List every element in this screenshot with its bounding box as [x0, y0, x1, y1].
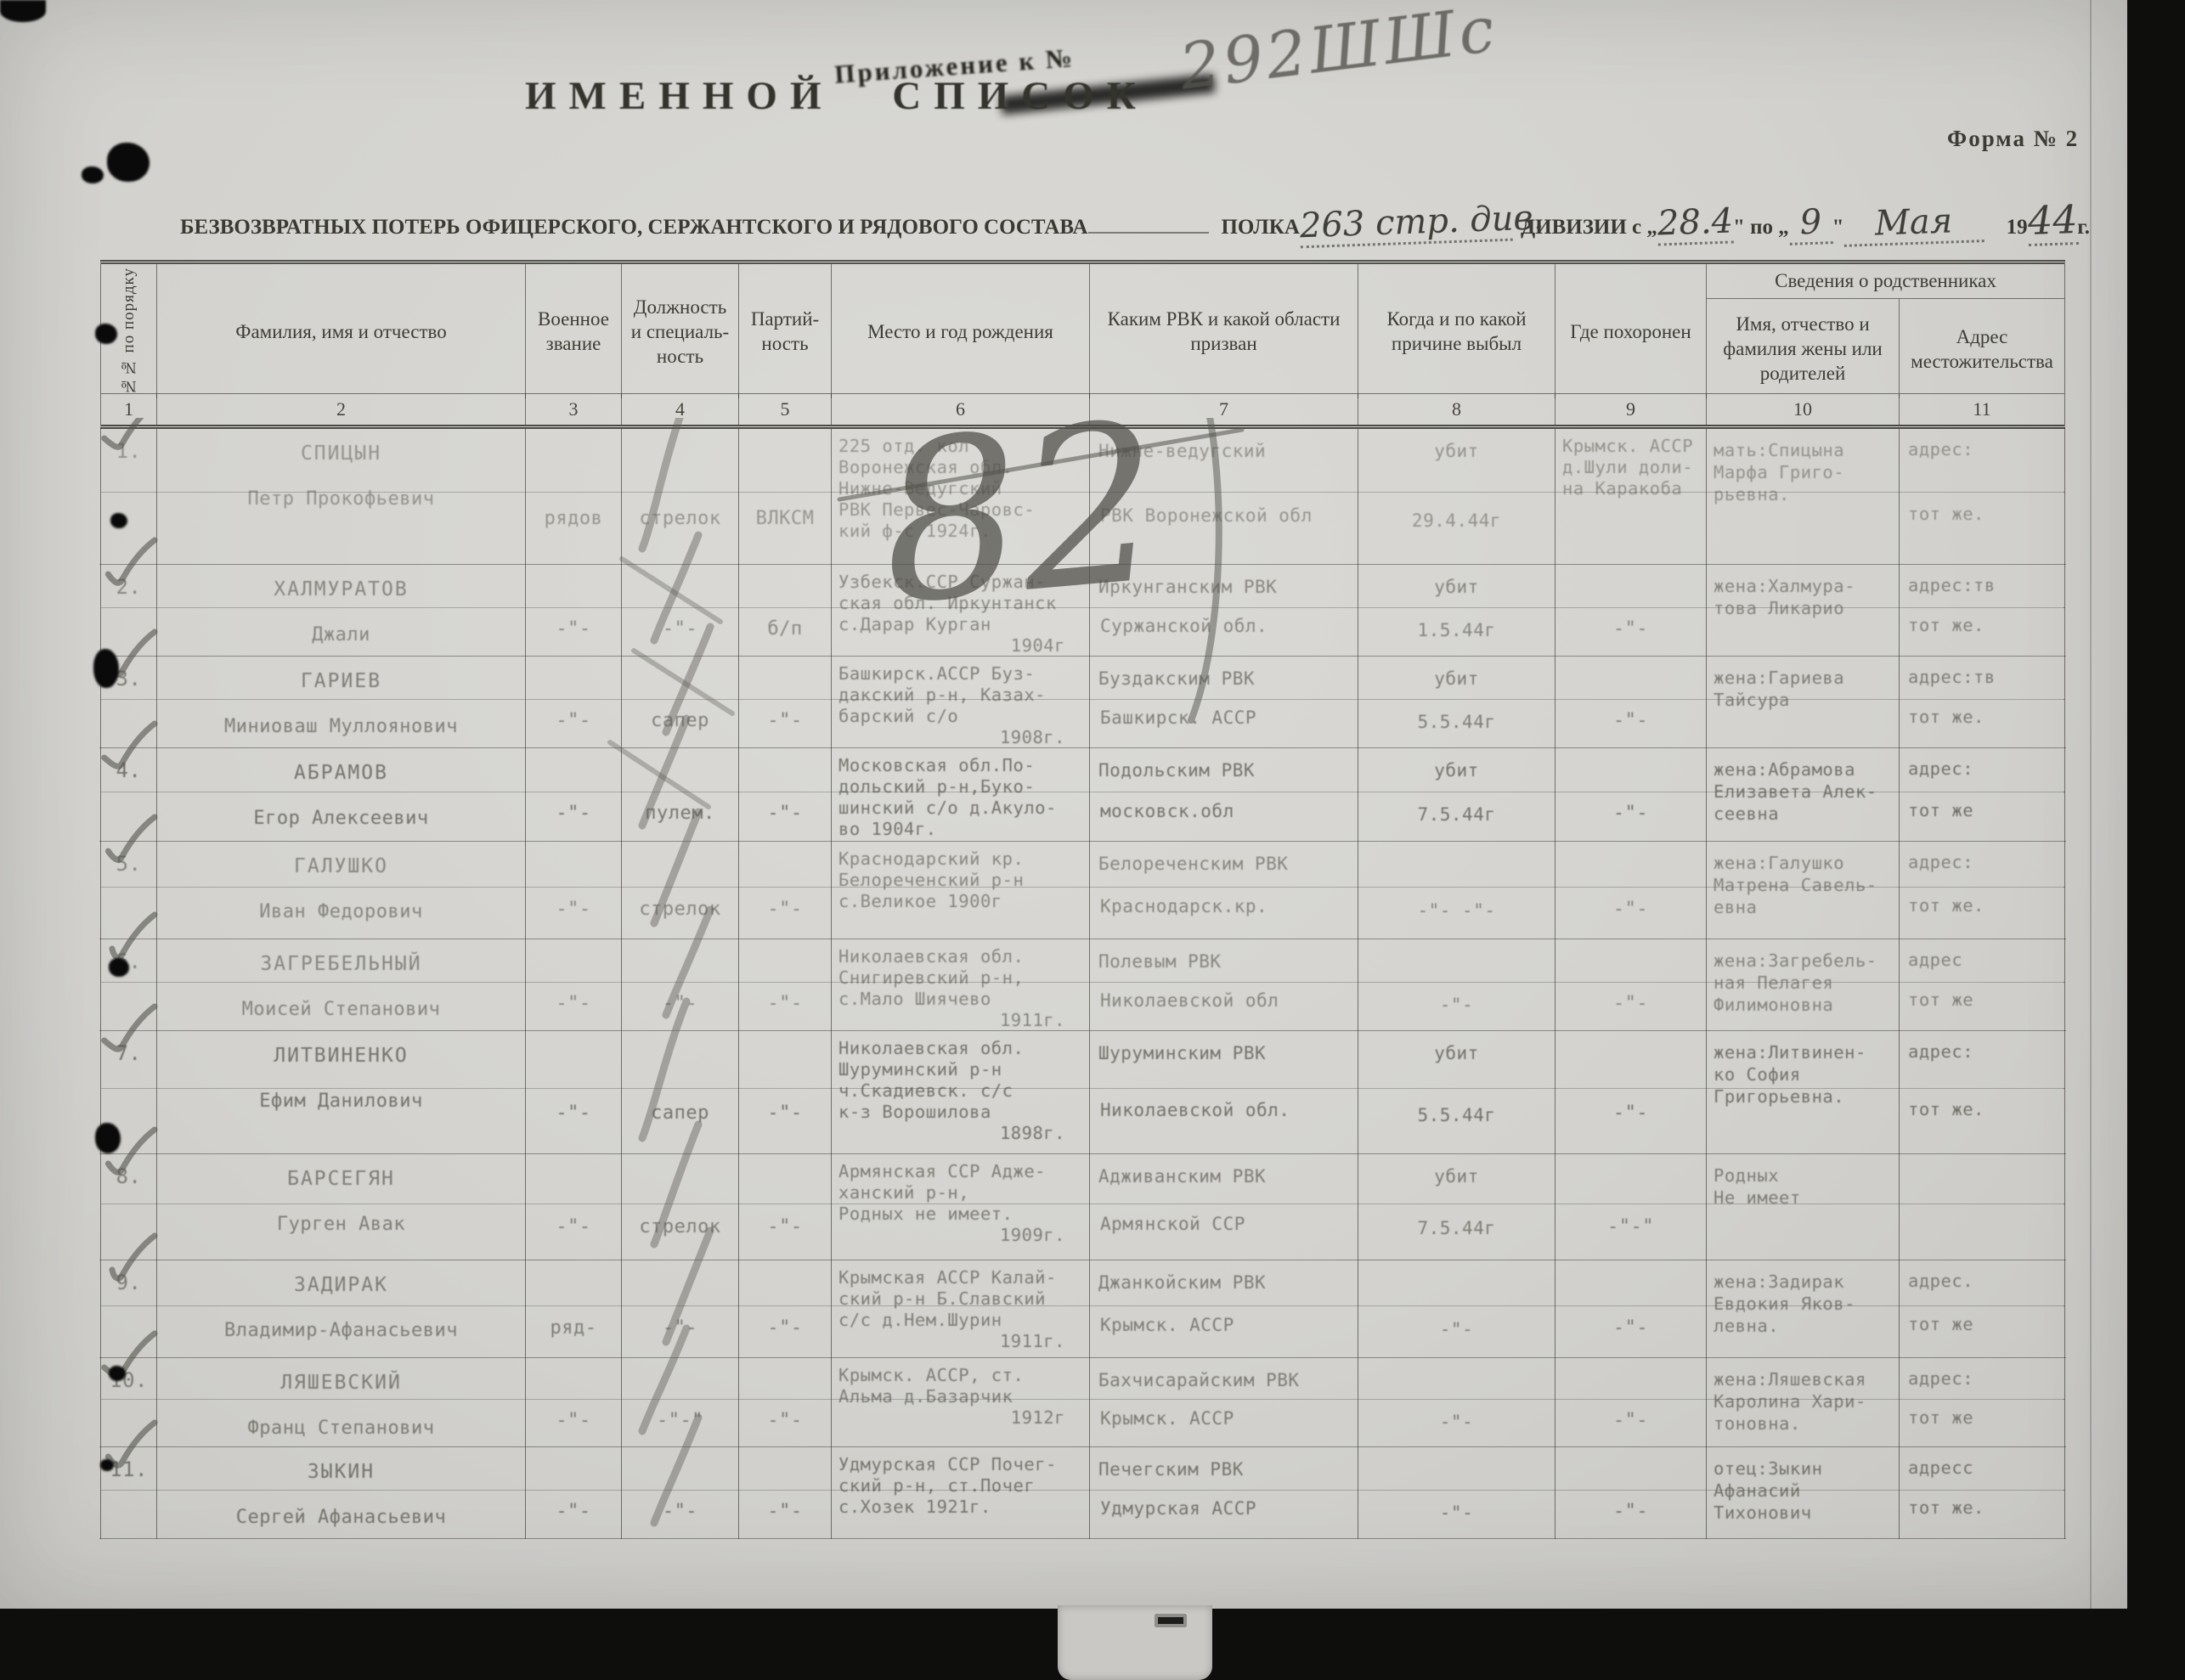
cell-duty-value: сапер: [622, 1102, 738, 1124]
column-header-8: Когда и по какой причине выбыл: [1358, 264, 1555, 398]
cell-duty: стрелок: [622, 1154, 739, 1260]
relative-line: Тайсура: [1714, 689, 1897, 711]
cell-name: ЛЯШЕВСКИЙФранц Степанович: [157, 1358, 526, 1447]
table-row: 4.АБРАМОВЕгор Алексеевич-"-пулем.-"-Моск…: [101, 748, 2064, 842]
cell-name: БАРСЕГЯНГурген Авак: [157, 1154, 526, 1260]
cell-index: 8.: [101, 1154, 157, 1260]
birthplace-line: шинский с/о д.Акуло-: [838, 798, 1086, 819]
cell-rank: -"-: [526, 1447, 622, 1539]
surname: ЗАГРЕБЕЛЬНЫЙ: [157, 939, 525, 975]
cell-duty: -"-": [622, 1358, 739, 1447]
relative-lines: жена:Загребель-ная ПелагеяФилимоновна: [1707, 939, 1899, 1016]
column-header-label: Фамилия, имя и отчество: [235, 319, 446, 344]
hole-punch: [95, 324, 117, 344]
cell-birthplace: Краснодарский кр.Белореченский р-нс.Вели…: [832, 842, 1090, 939]
cell-buried: -"-: [1555, 748, 1707, 842]
column-number: 8: [1358, 394, 1555, 425]
rvk-line: Полевым РВК: [1090, 939, 1358, 972]
cell-rvk: Нижне-ведугскийРВК Воронежской обл: [1090, 429, 1358, 565]
cell-birthplace: Башкирск.АССР Буз-дакский р-н, Казах-бар…: [832, 657, 1090, 748]
cell-rank-value: -"-: [526, 1501, 621, 1522]
cell-rvk: Подольским РВКмосковск.обл: [1090, 748, 1358, 842]
table-row: 1.СПИЦЫНПетр ПрокофьевичрядовстрелокВЛКС…: [101, 429, 2064, 565]
cell-rank: ряд-: [526, 1260, 622, 1358]
buried-ditto: -"-: [1555, 1317, 1706, 1339]
cell-duty-value: -"-: [622, 993, 738, 1014]
birthplace-line: 1898г.: [838, 1123, 1086, 1144]
relative-line: Филимоновна: [1714, 994, 1897, 1016]
buried-ditto: -"-: [1555, 710, 1706, 731]
hole-punch: [107, 143, 150, 182]
cell-relative: РодныхНе имеет: [1707, 1154, 1900, 1260]
rvk-line: Крымск. АССР: [1100, 1315, 1356, 1335]
cell-rvk: Шуруминским РВКНиколаевской обл.: [1090, 1031, 1358, 1154]
row-number: 8.: [101, 1154, 156, 1188]
relative-lines: РодныхНе имеет: [1707, 1154, 1899, 1209]
address-line: адрес:: [1900, 748, 2064, 779]
row-number: 5.: [101, 842, 156, 876]
birthplace-line: 225 отд. кол: [838, 436, 1086, 457]
rvk-line: Бахчисарайским РВК: [1090, 1358, 1358, 1390]
cell-fate: -"-: [1358, 939, 1555, 1031]
buried-ditto: -"-: [1555, 899, 1706, 920]
address-line: адрес: [1900, 939, 2064, 970]
rvk-line: Шуруминским РВК: [1090, 1031, 1358, 1063]
given-name: Петр Прокофьевич: [157, 488, 525, 510]
cell-buried: -"-: [1555, 1260, 1707, 1358]
cell-party: -"-: [739, 1154, 832, 1260]
cell-fate: убит1.5.44г: [1358, 565, 1555, 657]
birthplace-lines: Крымская АССР Калай-ский р-н Б.Славскийс…: [832, 1260, 1089, 1352]
birthplace-lines: Николаевская обл.Снигиревский р-н,с.Мало…: [832, 939, 1089, 1031]
birthplace-line: 1909г.: [838, 1225, 1086, 1246]
cell-fate: -"- -"-: [1358, 842, 1555, 939]
table-row: 11.ЗЫКИНСергей Афанасьевич-"--"--"-Удмур…: [101, 1447, 2064, 1539]
cell-duty: сапер: [622, 1031, 739, 1154]
birthplace-line: Узбекск.ССР Суржан-: [838, 572, 1086, 593]
relative-line: Марфа Григо-: [1714, 461, 1897, 483]
cell-party: -"-: [739, 1260, 832, 1358]
rvk-line: Нижне-ведугский: [1090, 429, 1358, 461]
birthplace-line: Башкирск.АССР Буз-: [838, 663, 1086, 685]
fate-value: убит: [1358, 1031, 1555, 1063]
cell-name: ЗЫКИНСергей Афанасьевич: [157, 1447, 526, 1539]
column-number-row: 1234567891011: [100, 394, 2065, 429]
cell-address: адресстот же.: [1900, 1447, 2064, 1539]
cell-birthplace: Узбекск.ССР Суржан-ская обл. Иркунтанскс…: [832, 565, 1090, 657]
birthplace-line: Родных не имеет.: [838, 1204, 1086, 1225]
cell-rank: -"-: [526, 748, 622, 842]
fate-value: убит: [1358, 748, 1555, 781]
buried-ditto: -"-: [1555, 1501, 1706, 1522]
rvk-line: Николаевской обл: [1100, 990, 1356, 1011]
cell-address: адрес:тот же: [1900, 1358, 2064, 1447]
cell-birthplace: Николаевская обл.Снигиревский р-н,с.Мало…: [832, 939, 1090, 1031]
cell-party-value: -"-: [739, 1216, 831, 1237]
relative-line: това Ликарио: [1714, 597, 1897, 619]
table-row: 2.ХАЛМУРАТОВДжали-"--"-б/пУзбекск.ССР Су…: [101, 565, 2064, 657]
birthplace-line: Николаевская обл.: [838, 1038, 1086, 1059]
cell-rank-value: -"-: [526, 803, 621, 824]
cell-duty-value: -"-": [622, 1410, 738, 1431]
fate-value: [1358, 1260, 1555, 1272]
cell-address: адрестот же: [1900, 939, 2064, 1031]
cell-birthplace: Московская обл.По-дольский р-н,Буко-шинс…: [832, 748, 1090, 842]
fate-date: -"-: [1358, 1319, 1555, 1339]
cell-relative: жена:Загребель-ная ПелагеяФилимоновна: [1707, 939, 1900, 1031]
cell-index: 4.: [101, 748, 157, 842]
relative-lines: жена:Халмура-това Ликарио: [1707, 565, 1899, 619]
subtitle-row: БЕЗВОЗВРАТНЫХ ПОТЕРЬ ОФИЦЕРСКОГО, СЕРЖАН…: [180, 197, 2090, 245]
column-header-9: Где похоронен: [1555, 264, 1707, 398]
cell-party: б/п: [739, 565, 832, 657]
rvk-line: Буздакским РВК: [1090, 657, 1358, 689]
cell-rvk: Печегским РВКУдмурская АССР: [1090, 1447, 1358, 1539]
table-row: 8.БАРСЕГЯНГурген Авак-"-стрелок-"-Армянс…: [101, 1154, 2064, 1260]
fate-value: [1358, 1447, 1555, 1459]
buried-lines: Крымск. АССРд.Шули доли-на Каракоба: [1555, 429, 1706, 499]
birthplace-lines: Армянская ССР Адже-ханский р-н,Родных не…: [832, 1154, 1089, 1246]
cell-rank-value: -"-: [526, 1216, 621, 1237]
fate-date: 29.4.44г: [1358, 510, 1555, 531]
row-number: 4.: [101, 748, 156, 782]
po-label: " по „: [1733, 216, 1789, 240]
column-number: 6: [832, 394, 1090, 425]
fate-value: убит: [1358, 565, 1555, 597]
column-number: 11: [1900, 394, 2064, 425]
cell-address: адрес.тот же: [1900, 1260, 2064, 1358]
relative-lines: мать:СпицынаМарфа Григо-рьевна.: [1707, 429, 1899, 505]
cell-index: 9.: [101, 1260, 157, 1358]
cell-relative: мать:СпицынаМарфа Григо-рьевна.: [1707, 429, 1900, 565]
address-line: тот же: [1908, 1407, 1973, 1428]
rvk-line: Печегским РВК: [1090, 1447, 1358, 1480]
column-header-label: Где похоронен: [1570, 319, 1691, 344]
surname: ХАЛМУРАТОВ: [157, 565, 525, 600]
casualty-table: №№ по порядкуФамилия, имя и отчествоВоен…: [100, 260, 2065, 1539]
column-header-11: Адрес местожительства: [1900, 299, 2064, 398]
cell-rank-value: -"-: [526, 618, 621, 640]
birthplace-line: с.Великое 1900г: [838, 891, 1086, 912]
relative-line: Григорьевна.: [1714, 1085, 1897, 1108]
cell-fate: убит29.4.44г: [1358, 429, 1555, 565]
cell-name: ХАЛМУРАТОВДжали: [157, 565, 526, 657]
cell-relative: жена:ЛяшевскаяКаролина Хари-тоновна.: [1707, 1358, 1900, 1447]
given-name: Миниоваш Муллоянович: [157, 716, 525, 737]
buried-ditto: -"-: [1555, 993, 1706, 1014]
surname: ГАРИЕВ: [157, 657, 525, 692]
cell-party-value: -"-: [739, 1410, 831, 1431]
cell-fate: убит7.5.44г: [1358, 1154, 1555, 1260]
cell-rvk: Полевым РВКНиколаевской обл: [1090, 939, 1358, 1031]
handwritten-regiment: 263 стр. див.: [1299, 200, 1513, 249]
relative-lines: жена:ГалушкоМатрена Савель-евна: [1707, 842, 1899, 918]
table-body: 1.СПИЦЫНПетр ПрокофьевичрядовстрелокВЛКС…: [100, 429, 2065, 1539]
cell-relative: жена:Литвинен-ко СофияГригорьевна.: [1707, 1031, 1900, 1154]
birthplace-line: Воронежская обл.: [838, 457, 1086, 478]
polka-label: ПОЛКА: [1221, 216, 1299, 240]
birthplace-line: Удмурская ССР Почег-: [838, 1454, 1086, 1475]
cell-rvk: Белореченским РВККраснодарск.кр.: [1090, 842, 1358, 939]
hole-punch: [110, 513, 127, 528]
tab-slot: [1155, 1614, 1187, 1627]
cell-rank-value: -"-: [526, 710, 621, 731]
address-line: адрес.: [1900, 1260, 2064, 1291]
row-number: 7.: [101, 1031, 156, 1065]
relative-lines: отец:ЗыкинАфанасийТихонович: [1707, 1447, 1899, 1524]
cell-party: -"-: [739, 939, 832, 1031]
cell-index: 1.: [101, 429, 157, 565]
hole-punch: [100, 1459, 114, 1471]
address-line: тот же.: [1908, 615, 1985, 635]
cell-address: адрес:тот же: [1900, 748, 2064, 842]
handwritten-date-from: 28.4: [1657, 201, 1734, 245]
cell-duty-value: -"-: [622, 618, 738, 640]
cell-name: ЗАГРЕБЕЛЬНЫЙМоисей Степанович: [157, 939, 526, 1031]
address-line: адрес:тв: [1900, 657, 2064, 687]
table-row: 10.ЛЯШЕВСКИЙФранц Степанович-"--"-"-"-Кр…: [101, 1358, 2064, 1447]
cell-party-value: -"-: [739, 1102, 831, 1124]
column-header-6: Место и год рождения: [832, 264, 1090, 398]
rvk-line: Джанкойским РВК: [1090, 1260, 1358, 1293]
birthplace-line: ханский р-н,: [838, 1182, 1086, 1204]
given-name: Франц Степанович: [157, 1418, 525, 1439]
cell-fate: -"-: [1358, 1358, 1555, 1447]
birthplace-line: дольский р-н,Буко-: [838, 776, 1086, 798]
fate-date: -"-: [1358, 995, 1555, 1015]
cell-rank: -"-: [526, 1154, 622, 1260]
cell-address: адрес:тот же.: [1900, 429, 2064, 565]
cell-buried: -"-: [1555, 657, 1707, 748]
column-header-label: №№ по порядку: [120, 268, 138, 395]
rvk-line: Подольским РВК: [1090, 748, 1358, 781]
cell-birthplace: Крымск. АССР, ст.Альма д.Базарчик1912г: [832, 1358, 1090, 1447]
surname: ЗАДИРАК: [157, 1260, 525, 1296]
birthplace-line: ский р-н, ст.Почег: [838, 1475, 1086, 1497]
relative-line: сеевна: [1714, 803, 1897, 825]
handwritten-month: Мая: [1843, 200, 1985, 247]
cell-party-value: -"-: [739, 710, 831, 731]
address-line: тот же.: [1908, 1497, 1985, 1518]
buried-line: д.Шули доли-: [1562, 457, 1702, 478]
surname: ЛЯШЕВСКИЙ: [157, 1358, 525, 1394]
table-row: 5.ГАЛУШКОИван Федорович-"-стрелок-"-Крас…: [101, 842, 2064, 939]
subtitle-text: БЕЗВОЗВРАТНЫХ ПОТЕРЬ ОФИЦЕРСКОГО, СЕРЖАН…: [180, 216, 1088, 240]
birthplace-lines: Московская обл.По-дольский р-н,Буко-шинс…: [832, 748, 1089, 840]
relative-lines: жена:ГариеваТайсура: [1707, 657, 1899, 711]
cell-duty-value: -"-: [622, 1501, 738, 1522]
birthplace-line: кий ф-с 1924г.: [838, 521, 1086, 542]
cell-relative: отец:ЗыкинАфанасийТихонович: [1707, 1447, 1900, 1539]
surname: ГАЛУШКО: [157, 842, 525, 877]
address-line: адрес:тв: [1900, 565, 2064, 595]
cell-relative: жена:Халмура-това Ликарио: [1707, 565, 1900, 657]
column-header-4: Должность и специаль­ность: [622, 264, 739, 398]
column-header-10: Имя, отчество и фамилия жены или родител…: [1707, 299, 1900, 398]
rvk-line: Удмурская АССР: [1100, 1498, 1356, 1519]
cell-party: -"-: [739, 842, 832, 939]
column-header-label: Каким РВК и какой области призван: [1097, 307, 1351, 356]
birthplace-line: с.Мало Шиячево: [838, 989, 1086, 1010]
cell-buried: Крымск. АССРд.Шули доли-на Каракоба: [1555, 429, 1707, 565]
relative-line: жена:Литвинен-: [1714, 1041, 1897, 1063]
relative-line: тоновна.: [1714, 1412, 1897, 1435]
cell-duty: стрелок: [622, 842, 739, 939]
column-header-7: Каким РВК и какой области призван: [1090, 264, 1358, 398]
given-name: Ефим Данилович: [157, 1091, 525, 1112]
column-header-label: Адрес местожительства: [1906, 324, 2058, 374]
cell-relative: жена:АбрамоваЕлизавета Алек-сеевна: [1707, 748, 1900, 842]
rvk-line: Иркунганским РВК: [1090, 565, 1358, 597]
cell-party-value: б/п: [739, 618, 831, 640]
cell-fate: -"-: [1358, 1260, 1555, 1358]
surname: АБРАМОВ: [157, 748, 525, 784]
fate-value: [1358, 1358, 1555, 1370]
row-number: 1.: [101, 429, 156, 463]
edge-mark: [0, 0, 46, 22]
cell-address: адрес:твтот же.: [1900, 657, 2064, 748]
cell-rank: -"-: [526, 565, 622, 657]
cell-birthplace: 225 отд. колВоронежская обл.Нижне-Ведугс…: [832, 429, 1090, 565]
given-name: Моисей Степанович: [157, 999, 525, 1020]
year-suffix: г.: [2077, 216, 2090, 240]
given-name: Гурген Авак: [157, 1214, 525, 1235]
cell-relative: жена:ЗадиракЕвдокия Яков-левна.: [1707, 1260, 1900, 1358]
buried-ditto: -"-: [1555, 1102, 1706, 1124]
given-name: Сергей Афанасьевич: [157, 1507, 525, 1528]
cell-duty: -"-: [622, 1447, 739, 1539]
column-number: 1: [101, 394, 157, 425]
given-name: Егор Алексеевич: [157, 808, 525, 829]
cell-rank: -"-: [526, 1031, 622, 1154]
birthplace-lines: Краснодарский кр.Белореченский р-нс.Вели…: [832, 842, 1089, 912]
fate-value: убит: [1358, 1154, 1555, 1187]
birthplace-line: Московская обл.По-: [838, 755, 1086, 776]
rvk-line: Николаевской обл.: [1100, 1100, 1356, 1120]
address-line: адрес:: [1900, 1031, 2064, 1062]
cell-duty: пулем.: [622, 748, 739, 842]
column-header-label: Имя, отчество и фамилия жены или родител…: [1714, 312, 1892, 386]
column-number: 9: [1555, 394, 1707, 425]
cell-fate: убит5.5.44г: [1358, 657, 1555, 748]
buried-ditto: -"-: [1555, 618, 1706, 640]
relative-line: рьевна.: [1714, 483, 1897, 505]
cell-fate: убит5.5.44г: [1358, 1031, 1555, 1154]
cell-name: ГАРИЕВМиниоваш Муллоянович: [157, 657, 526, 748]
birthplace-line: Белореченский р-н: [838, 870, 1086, 891]
address-line: адресс: [1900, 1447, 2064, 1478]
given-name: Владимир-Афанасьевич: [157, 1320, 525, 1341]
cell-rank-value: -"-: [526, 1410, 621, 1431]
fate-date: -"- -"-: [1358, 900, 1555, 921]
cell-name: СПИЦЫНПетр Прокофьевич: [157, 429, 526, 565]
handwritten-annotation-number: 292ШШс: [1176, 0, 1501, 104]
hole-punch: [109, 958, 129, 977]
page-title: ИМЕННОЙ СПИСОК: [525, 73, 1149, 119]
relative-line: жена:Халмура-: [1714, 575, 1897, 597]
blank-line: [1088, 206, 1210, 234]
relative-line: жена:Абрамова: [1714, 758, 1897, 781]
birthplace-lines: Крымск. АССР, ст.Альма д.Базарчик1912г: [832, 1358, 1089, 1429]
cell-duty-value: сапер: [622, 710, 738, 731]
birthplace-line: Армянская ССР Адже-: [838, 1161, 1086, 1182]
fate-date: 5.5.44г: [1358, 1105, 1555, 1125]
surname: СПИЦЫН: [157, 429, 525, 465]
cell-party-value: -"-: [739, 1317, 831, 1339]
column-number: 7: [1090, 394, 1358, 425]
cell-rank: -"-: [526, 842, 622, 939]
relative-line: ко София: [1714, 1063, 1897, 1085]
cell-buried: -"-: [1555, 565, 1707, 657]
birthplace-line: с/с д.Нем.Шурин: [838, 1310, 1086, 1331]
cell-party-value: -"-: [739, 803, 831, 824]
birthplace-line: 1908г.: [838, 727, 1086, 748]
cell-party: -"-: [739, 657, 832, 748]
column-number: 5: [739, 394, 832, 425]
cell-party: ВЛКСМ: [739, 429, 832, 565]
birthplace-line: дакский р-н, Казах-: [838, 685, 1086, 706]
cell-rvk: Джанкойским РВККрымск. АССР: [1090, 1260, 1358, 1358]
cell-duty-value: пулем.: [622, 803, 738, 824]
birthplace-line: РВК Первес-Чаровс-: [838, 499, 1086, 521]
cell-birthplace: Крымская АССР Калай-ский р-н Б.Славскийс…: [832, 1260, 1090, 1358]
birthplace-line: Нижне-Ведугский: [838, 478, 1086, 499]
birthplace-line: с.Дарар Курган: [838, 614, 1086, 635]
cell-rvk: Адживанским РВКАрмянской ССР: [1090, 1154, 1358, 1260]
cell-party: -"-: [739, 1447, 832, 1539]
relatives-group-title: Сведения о родственниках: [1707, 264, 2064, 299]
cell-rank-value: -"-: [526, 993, 621, 1014]
cell-fate: убит7.5.44г: [1358, 748, 1555, 842]
relative-line: жена:Ляшевская: [1714, 1368, 1897, 1390]
cell-address: [1900, 1154, 2064, 1260]
cell-buried: -"-: [1555, 1031, 1707, 1154]
hole-punch: [109, 1366, 126, 1381]
cell-rank: -"-: [526, 939, 622, 1031]
cell-name: ЛИТВИНЕНКОЕфим Данилович: [157, 1031, 526, 1154]
relative-line: Каролина Хари-: [1714, 1390, 1897, 1412]
cell-rvk: Буздакским РВКБашкирск. АССР: [1090, 657, 1358, 748]
surname: ЗЫКИН: [157, 1447, 525, 1483]
fate-date: -"-: [1358, 1502, 1555, 1523]
birthplace-line: Крымск. АССР, ст.: [838, 1365, 1086, 1386]
birthplace-line: Краснодарский кр.: [838, 848, 1086, 870]
cell-duty-value: -"-: [622, 1317, 738, 1339]
birthplace-line: 1911г.: [838, 1010, 1086, 1031]
relatives-group-header: Сведения о родственникахИмя, отчество и …: [1707, 264, 2064, 398]
cell-birthplace: Николаевская обл.Шуруминский р-нч.Скадие…: [832, 1031, 1090, 1154]
cell-rank-value: -"-: [526, 1102, 621, 1124]
table-header-row: №№ по порядкуФамилия, имя и отчествоВоен…: [100, 260, 2065, 394]
cell-name: АБРАМОВЕгор Алексеевич: [157, 748, 526, 842]
birthplace-lines: Башкирск.АССР Буз-дакский р-н, Казах-бар…: [832, 657, 1089, 748]
cell-index: 6.: [101, 939, 157, 1031]
fate-date: 7.5.44г: [1358, 1218, 1555, 1238]
cell-buried: -"-: [1555, 1447, 1707, 1539]
column-number: 4: [622, 394, 739, 425]
table-row: 9.ЗАДИРАКВладимир-Афанасьевичряд--"--"-К…: [101, 1260, 2064, 1358]
cell-relative: жена:ГариеваТайсура: [1707, 657, 1900, 748]
column-number: 3: [526, 394, 622, 425]
paper-edge-crease: [2090, 0, 2092, 1609]
cell-rank: -"-: [526, 1358, 622, 1447]
cell-party: -"-: [739, 748, 832, 842]
relative-lines: жена:АбрамоваЕлизавета Алек-сеевна: [1707, 748, 1899, 825]
cell-party-value: -"-: [739, 993, 831, 1014]
cell-rank: -"-: [526, 657, 622, 748]
relative-line: Афанасий: [1714, 1480, 1897, 1502]
address-line: тот же: [1908, 989, 1973, 1010]
